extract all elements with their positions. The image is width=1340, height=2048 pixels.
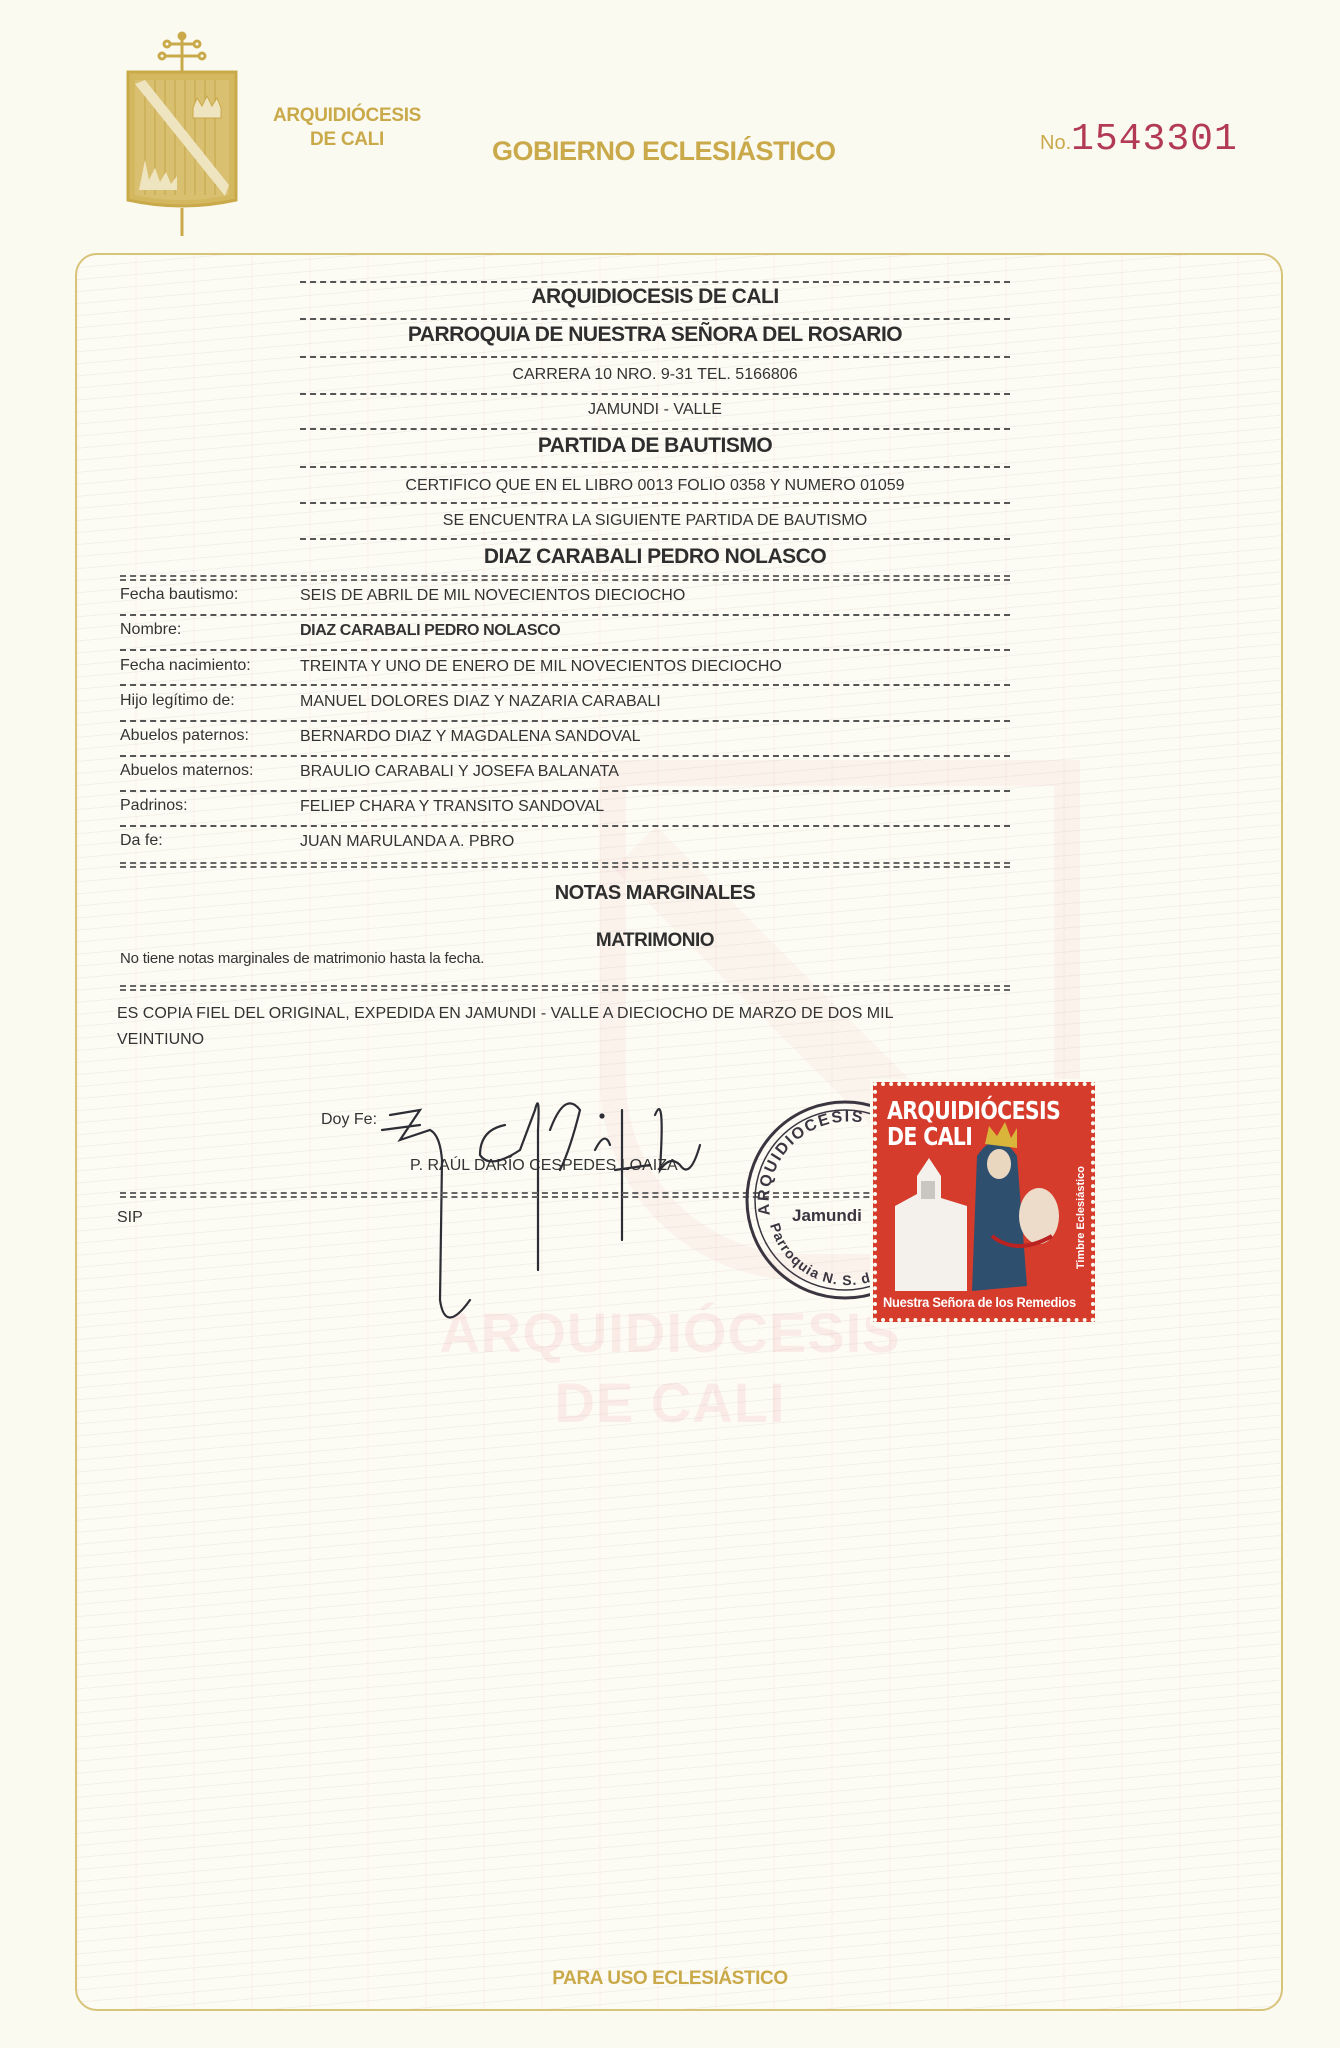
- double-divider: [120, 862, 1010, 864]
- parish-address: CARRERA 10 NRO. 9-31 TEL. 5166806: [300, 366, 1010, 384]
- divider: [300, 502, 1010, 504]
- divider: [120, 825, 1010, 827]
- divider: [300, 393, 1010, 395]
- archdiocese-crest-icon: [125, 30, 240, 240]
- initials: SIP: [117, 1209, 143, 1227]
- divider: [300, 318, 1010, 320]
- person-name-heading: DIAZ CARABALI PEDRO NOLASCO: [300, 545, 1010, 569]
- field-label: Padrinos:: [120, 797, 188, 815]
- double-divider: [120, 985, 1010, 987]
- serial-prefix: No.: [1040, 132, 1071, 154]
- document-header-title: GOBIERNO ECLESIÁSTICO: [492, 136, 836, 167]
- org-name-line2: DE CALI: [262, 128, 432, 152]
- field-value: JUAN MARULANDA A. PBRO: [300, 833, 514, 851]
- field-value: TREINTA Y UNO DE ENERO DE MIL NOVECIENTO…: [300, 658, 782, 676]
- issuance-line1: ES COPIA FIEL DEL ORIGINAL, EXPEDIDA EN …: [117, 1005, 893, 1023]
- stamp-title-line2: DE CALI: [887, 1124, 1051, 1150]
- parish-city: JAMUNDI - VALLE: [300, 401, 1010, 419]
- field-label: Fecha nacimiento:: [120, 657, 251, 675]
- archdiocese-heading: ARQUIDIOCESIS DE CALI: [300, 285, 1010, 309]
- notes-title: NOTAS MARGINALES: [300, 882, 1010, 905]
- stamp-side-text: Timbre Eclesiástico: [1075, 1166, 1087, 1269]
- divider: [120, 649, 1010, 651]
- org-name-line1: ARQUIDIÓCESIS: [262, 104, 432, 128]
- ecclesiastical-stamp: ARQUIDIÓCESIS DE CALI Timbre Eclesiástic…: [873, 1082, 1095, 1322]
- divider: [120, 755, 1010, 757]
- svg-text:Jamundi: Jamundi: [792, 1206, 862, 1225]
- divider: [120, 684, 1010, 686]
- divider: [120, 614, 1010, 616]
- field-label: Nombre:: [120, 621, 181, 639]
- field-value: MANUEL DOLORES DIAZ Y NAZARIA CARABALI: [300, 693, 661, 711]
- divider: [120, 790, 1010, 792]
- field-label: Abuelos maternos:: [120, 762, 253, 780]
- divider: [300, 281, 1010, 283]
- field-value: BRAULIO CARABALI Y JOSEFA BALANATA: [300, 763, 619, 781]
- stamp-title: ARQUIDIÓCESIS DE CALI: [887, 1098, 1051, 1150]
- divider: [300, 428, 1010, 430]
- serial-number: No.1543301: [1040, 118, 1238, 161]
- certificate-record-line: CERTIFICO QUE EN EL LIBRO 0013 FOLIO 035…: [300, 477, 1010, 495]
- notes-subtitle: MATRIMONIO: [300, 930, 1010, 952]
- certificate-intro-line: SE ENCUENTRA LA SIGUIENTE PARTIDA DE BAU…: [300, 512, 1010, 530]
- field-value: FELIEP CHARA Y TRANSITO SANDOVAL: [300, 798, 604, 816]
- serial-value: 1543301: [1071, 118, 1238, 161]
- watermark-line2: DE CALI: [0, 1370, 1340, 1435]
- field-label: Da fe:: [120, 832, 163, 850]
- issuance-line2: VEINTIUNO: [117, 1031, 204, 1049]
- field-label: Abuelos paternos:: [120, 727, 249, 745]
- org-name: ARQUIDIÓCESIS DE CALI: [262, 104, 432, 152]
- divider: [300, 466, 1010, 468]
- divider: [120, 720, 1010, 722]
- field-value: DIAZ CARABALI PEDRO NOLASCO: [300, 622, 560, 640]
- divider: [300, 538, 1010, 540]
- footer-label: PARA USO ECLESIÁSTICO: [0, 1968, 1340, 1990]
- field-value: BERNARDO DIAZ Y MAGDALENA SANDOVAL: [300, 728, 641, 746]
- parish-name: PARROQUIA DE NUESTRA SEÑORA DEL ROSARIO: [300, 323, 1010, 347]
- divider: [300, 356, 1010, 358]
- field-label: Hijo legítimo de:: [120, 692, 235, 710]
- stamp-caption: Nuestra Señora de los Remedios: [883, 1294, 1076, 1310]
- handwritten-signature-icon: [360, 1070, 780, 1330]
- stamp-title-line1: ARQUIDIÓCESIS: [887, 1098, 1051, 1124]
- double-divider: [120, 575, 1010, 577]
- field-label: Fecha bautismo:: [120, 586, 238, 604]
- notes-text: No tiene notas marginales de matrimonio …: [120, 950, 484, 967]
- certificate-title: PARTIDA DE BAUTISMO: [300, 434, 1010, 458]
- svg-text:ARQUIDIOCESIS: ARQUIDIOCESIS: [756, 1108, 866, 1216]
- field-value: SEIS DE ABRIL DE MIL NOVECIENTOS DIECIOC…: [300, 587, 685, 605]
